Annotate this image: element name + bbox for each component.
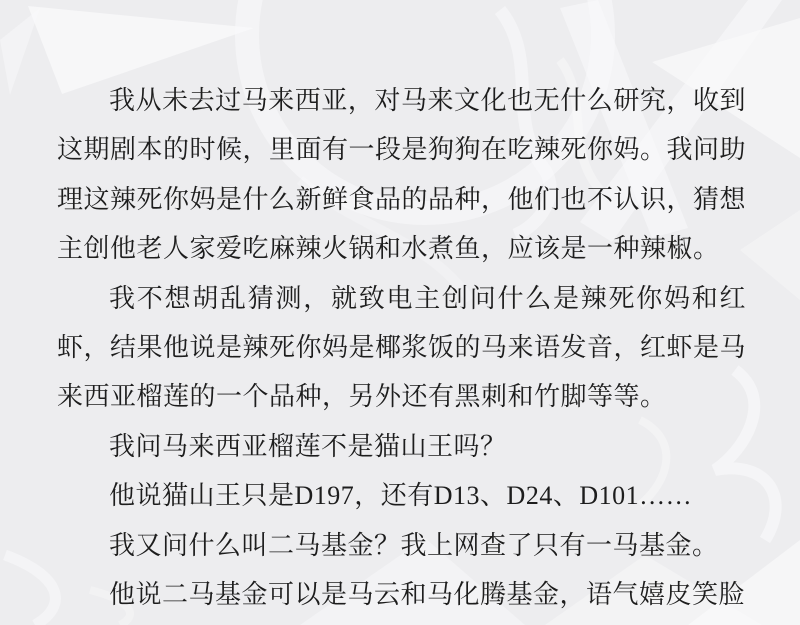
article-page: 我从未去过马来西亚，对马来文化也无什么研究，收到这期剧本的时候，里面有一段是狗狗… bbox=[0, 0, 800, 625]
paragraph: 他说二马基金可以是马云和马化腾基金，语气嬉皮笑脸 bbox=[57, 570, 746, 619]
paragraph: 我从未去过马来西亚，对马来文化也无什么研究，收到这期剧本的时候，里面有一段是狗狗… bbox=[57, 76, 746, 274]
paragraph: 我又问什么叫二马基金？我上网查了只有一马基金。 bbox=[57, 521, 746, 570]
watermark-swirl-bottom-left bbox=[5, 555, 55, 625]
paragraph: 他说猫山王只是D197，还有D13、D24、D101…… bbox=[57, 471, 746, 520]
paragraph: 我不想胡乱猜测，就致电主创问什么是辣死你妈和红虾，结果他说是辣死你妈是椰浆饭的马… bbox=[57, 274, 746, 422]
article-body: 我从未去过马来西亚，对马来文化也无什么研究，收到这期剧本的时候，里面有一段是狗狗… bbox=[57, 76, 746, 619]
paragraph: 我问马来西亚榴莲不是猫山王吗？ bbox=[57, 422, 746, 471]
